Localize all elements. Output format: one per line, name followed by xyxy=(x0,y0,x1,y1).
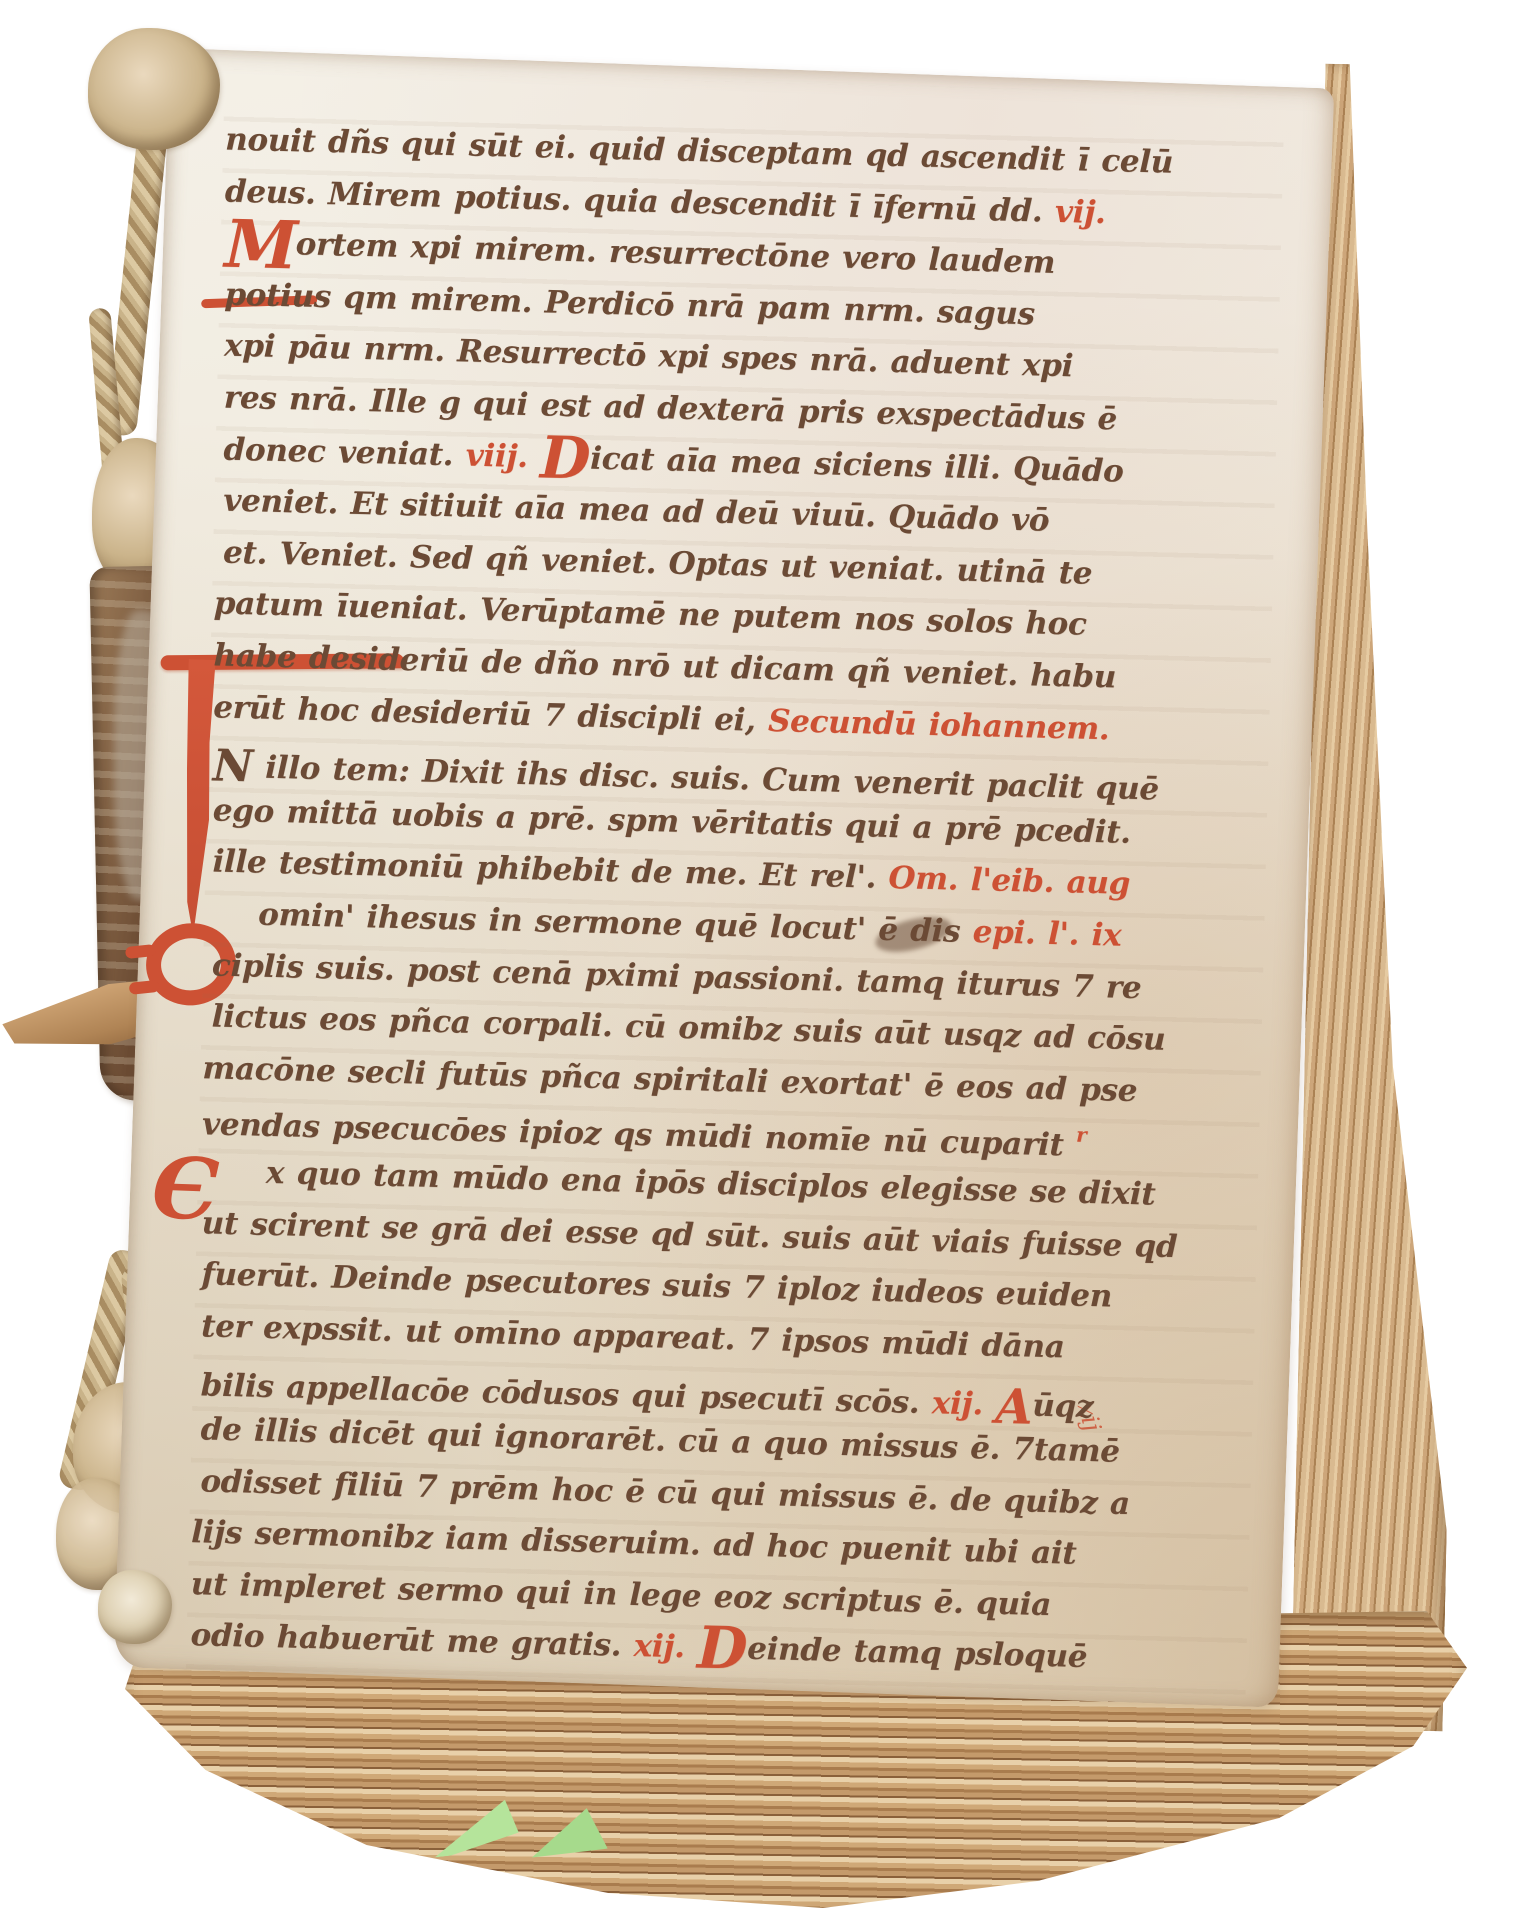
text-line: Mortem xpi mirem. resurrectōne vero laud… xyxy=(224,225,1055,281)
text-line: ter expssit. ut omīno appareat. 7 ipsos … xyxy=(201,1308,1065,1365)
text-segment: xij. xyxy=(633,1628,697,1666)
text-line: donec veniat. viij. Dicat aīa mea sicien… xyxy=(223,431,1124,489)
text-segment: M xyxy=(224,205,297,285)
photo-scene: T D Є xij nouit dñs qui sūt ei. quid dis… xyxy=(0,0,1526,1920)
text-segment: vendas psecucōes ipioz qs mūdi nomīe nū … xyxy=(202,1107,1077,1164)
text-segment: A xyxy=(995,1379,1033,1436)
text-segment: donec veniat. xyxy=(223,431,466,473)
text-line: vendas psecucōes ipioz qs mūdi nomīe nū … xyxy=(202,1102,1087,1165)
text-segment: lijs sermonibz iam disseruim. ad hoc pue… xyxy=(191,1514,1077,1572)
text-segment: r xyxy=(1076,1123,1087,1147)
text-segment: res nrā. Ille g qui est ad dexterā pris … xyxy=(223,380,1117,438)
text-line: deus. Mirem potius. quia descendit ī īfe… xyxy=(225,173,1107,231)
text-segment: N xyxy=(212,741,253,793)
text-segment: macōne secli futūs pñca spiritali exorta… xyxy=(202,1050,1138,1109)
text-line: ut impleret sermo qui in lege eoz script… xyxy=(190,1566,1051,1623)
text-line: ciplis suis. post cenā pximi passioni. t… xyxy=(212,947,1142,1006)
initial-D-letter: D xyxy=(158,941,159,942)
text-segment: ut scirent se grā dei esse qd sūt. suis … xyxy=(201,1205,1177,1265)
text-segment: ille testimoniū phibebit de me. Et rel'. xyxy=(212,844,889,897)
text-segment: icat aīa mea siciens illi. Quādo xyxy=(590,440,1124,489)
text-line: omin' ihesus in sermone quē locut' ē dis… xyxy=(258,897,1122,954)
text-segment: habe desideriū de dño nrō ut dicam qñ ve… xyxy=(213,637,1116,695)
text-segment: epi. l'. ix xyxy=(972,914,1121,954)
text-segment: D xyxy=(696,1614,748,1683)
text-segment: ortem xpi mirem. resurrectōne vero laude… xyxy=(295,226,1055,281)
text-segment: ut impleret sermo qui in lege eoz script… xyxy=(190,1566,1051,1623)
text-segment: viij. xyxy=(465,437,540,475)
text-line: et. Veniet. Sed qñ veniet. Optas ut veni… xyxy=(223,534,1093,591)
text-line: odisset filiū 7 prēm hoc ē cū qui missus… xyxy=(200,1463,1130,1522)
text-line: potius qm mirem. Perdicō nrā pam nrm. sa… xyxy=(224,276,1035,332)
text-segment: x quo tam mūdo ena ipōs disciplos elegis… xyxy=(266,1155,1156,1213)
text-segment: et. Veniet. Sed qñ veniet. Optas ut veni… xyxy=(223,534,1093,591)
text-line: x quo tam mūdo ena ipōs disciplos elegis… xyxy=(266,1155,1156,1213)
text-segment: nouit dñs qui sūt ei. quid disceptam qd … xyxy=(225,122,1174,181)
text-line: habe desideriū de dño nrō ut dicam qñ ve… xyxy=(213,637,1116,695)
text-segment: Om. l'eib. aug xyxy=(888,860,1130,902)
text-segment: ter expssit. ut omīno appareat. 7 ipsos … xyxy=(201,1308,1065,1365)
manuscript-book: T D Є xij nouit dñs qui sūt ei. quid dis… xyxy=(40,10,1480,1910)
text-line: veniet. Et sitiuit aīa mea ad deū viuū. … xyxy=(223,483,1050,539)
text-segment: ūqz xyxy=(1032,1388,1094,1425)
text-segment: odio habuerūt me gratis. xyxy=(190,1618,634,1665)
text-line: res nrā. Ille g qui est ad dexterā pris … xyxy=(223,380,1117,438)
binding-cord-knot-top xyxy=(88,28,220,150)
text-segment: odisset filiū 7 prēm hoc ē cū qui missus… xyxy=(200,1463,1130,1522)
text-block: nouit dñs qui sūt ei. quid disceptam qd … xyxy=(186,70,1285,1695)
text-segment: ciplis suis. post cenā pximi passioni. t… xyxy=(212,947,1142,1006)
text-line: patum īueniat. Verūptamē ne putem nos so… xyxy=(213,586,1087,643)
text-line: xpi pāu nrm. Resurrectō xpi spes nrā. ad… xyxy=(224,328,1074,385)
text-segment: patum īueniat. Verūptamē ne putem nos so… xyxy=(213,586,1087,643)
text-segment: xpi pāu nrm. Resurrectō xpi spes nrā. ad… xyxy=(224,328,1074,385)
text-line: ille testimoniū phibebit de me. Et rel'.… xyxy=(212,844,1130,902)
text-lines: nouit dñs qui sūt ei. quid disceptam qd … xyxy=(225,70,1285,96)
manuscript-page: T D Є xij nouit dñs qui sūt ei. quid dis… xyxy=(113,48,1334,1708)
text-line: fuerūt. Deinde psecutores suis 7 iploz i… xyxy=(201,1257,1112,1315)
text-line: erūt hoc desideriū 7 discipli ei, Secund… xyxy=(213,689,1110,747)
text-segment: omin' ihesus in sermone quē locut' ē dis xyxy=(258,897,973,950)
text-segment: deus. Mirem potius. quia descendit ī īfe… xyxy=(225,173,1056,229)
text-segment: erūt hoc desideriū 7 discipli ei, xyxy=(213,689,769,739)
text-segment: fuerūt. Deinde psecutores suis 7 iploz i… xyxy=(201,1257,1112,1315)
text-line: odio habuerūt me gratis. xij. Deinde tam… xyxy=(190,1618,1087,1676)
text-segment: vij. xyxy=(1055,193,1106,230)
text-line: lictus eos pñca corpali. cū omibz suis a… xyxy=(211,999,1165,1058)
text-segment: veniet. Et sitiuit aīa mea ad deū viuū. … xyxy=(223,483,1050,539)
binding-cord-knot-foot xyxy=(98,1570,172,1644)
text-segment: Secundū iohannem. xyxy=(768,703,1110,747)
initial-T-letter: T xyxy=(161,644,162,645)
text-segment: xij. xyxy=(931,1386,995,1424)
text-segment: potius qm mirem. Perdicō nrā pam nrm. sa… xyxy=(224,276,1035,332)
text-line: nouit dñs qui sūt ei. quid disceptam qd … xyxy=(225,122,1174,181)
text-segment: einde tamq psloquē xyxy=(747,1631,1088,1675)
text-line: ut scirent se grā dei esse qd sūt. suis … xyxy=(201,1205,1177,1265)
text-segment: lictus eos pñca corpali. cū omibz suis a… xyxy=(211,999,1165,1058)
text-segment: D xyxy=(539,423,591,492)
text-line: lijs sermonibz iam disseruim. ad hoc pue… xyxy=(191,1514,1077,1572)
text-line: macōne secli futūs pñca spiritali exorta… xyxy=(202,1050,1138,1109)
